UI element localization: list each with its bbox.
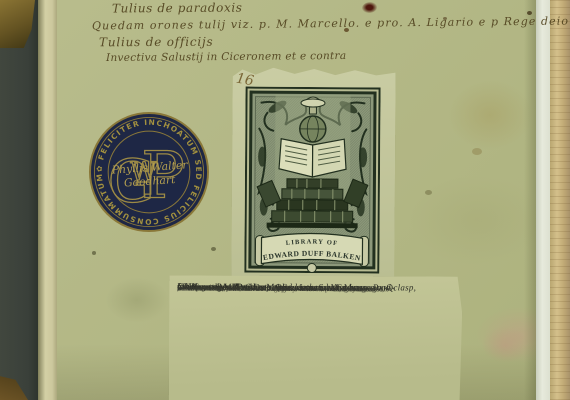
fox-spot	[211, 247, 216, 251]
gutter-fold	[38, 0, 59, 400]
manuscript-title-line-4: Invectiva Salustij in Ciceronem et e con…	[106, 50, 347, 64]
globe	[300, 116, 326, 142]
book-stack	[257, 178, 368, 228]
manuscript-title-line-1: Tulius de paradoxis	[112, 1, 243, 16]
catalog-clipping: Ciceronis (M. T.) Cato Major seu de Sene…	[169, 275, 463, 400]
balken-bookplate-paper: LIBRARY OF EDWARD DUFF BALKEN	[231, 65, 395, 279]
page-edge-shadow	[524, 0, 536, 400]
fore-edge-page-block	[550, 0, 570, 400]
balken-bookplate-engraving: LIBRARY OF EDWARD DUFF BALKEN	[244, 87, 380, 274]
book-interior-photo: Tulius de paradoxis Quedam orones tulij …	[0, 0, 570, 400]
fox-spot	[425, 190, 432, 195]
bookplate-graphic: LIBRARY OF EDWARD DUFF BALKEN	[244, 87, 380, 274]
folio-number: 16	[235, 71, 255, 90]
banner-medallion	[307, 263, 316, 272]
catalog-note-line-5-cut: a fine old Italian	[177, 284, 221, 293]
goodhart-stamp: ✿ FELICITER INCHOATUM SED FELICIUS CONSU…	[88, 111, 210, 233]
open-book	[279, 139, 346, 177]
fox-spot	[472, 148, 482, 155]
goodhart-stamp-graphic: ✿ FELICITER INCHOATUM SED FELICIUS CONSU…	[88, 111, 210, 233]
manuscript-title-line-3: Tulius de officijs	[99, 35, 214, 50]
fore-edge-light-strip	[536, 0, 550, 400]
fox-spot	[92, 251, 96, 255]
book-board-edge	[0, 0, 40, 400]
